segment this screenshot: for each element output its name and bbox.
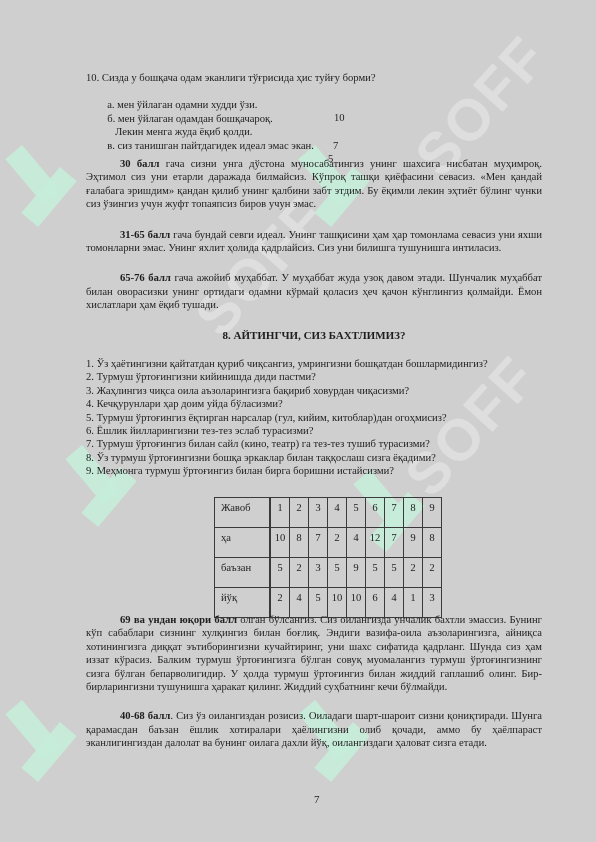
result-score: 30 балл: [120, 159, 159, 170]
column-header-cell: 8: [404, 498, 423, 528]
result-score: 65-76 балл: [120, 273, 171, 284]
answer-option: а. мен ўйлаган одамни худди ўзи. 10: [86, 86, 542, 100]
column-header-cell: 6: [366, 498, 385, 528]
column-header-cell: 7: [385, 498, 404, 528]
page-content-lower: 69 ва ундан юқори балл олган бўлсангиз. …: [86, 614, 542, 751]
value-cell: 5: [385, 558, 404, 588]
question-item: 9. Меҳмонга турмуш ўртоғингиз билан бирг…: [86, 465, 542, 478]
score-table: Жавоб123456789ҳа10872412798баъзан5235955…: [214, 497, 442, 618]
table-row: йўқ24510106413: [215, 588, 442, 618]
column-header-cell: 5: [347, 498, 366, 528]
value-cell: 10: [270, 528, 290, 558]
value-cell: 4: [290, 588, 309, 618]
value-cell: 7: [385, 528, 404, 558]
question-title: 10. Сизда у бошқача одам эканлиги тўғрис…: [86, 72, 542, 86]
value-cell: 2: [270, 588, 290, 618]
row-label-cell: баъзан: [215, 558, 271, 588]
value-cell: 3: [423, 588, 442, 618]
table-row: баъзан523595522: [215, 558, 442, 588]
value-cell: 10: [328, 588, 347, 618]
value-cell: 8: [423, 528, 442, 558]
row-label-cell: йўқ: [215, 588, 271, 618]
option-text: в. сиз танишган пайтдагидек идеал эмас э…: [107, 141, 314, 152]
question-item: 7. Турмуш ўртоғингиз билан сайл (кино, т…: [86, 438, 542, 451]
value-cell: 9: [347, 558, 366, 588]
answer-option: б. мен ўйлаган одамдан бошқачароқ.: [86, 99, 542, 113]
value-cell: 7: [309, 528, 328, 558]
value-cell: 12: [366, 528, 385, 558]
table-header-row: Жавоб123456789: [215, 498, 442, 528]
value-cell: 2: [404, 558, 423, 588]
result-score: 69 ва ундан юқори балл: [120, 615, 237, 626]
column-header-cell: 3: [309, 498, 328, 528]
question-item: 1. Ўз ҳаётингизни қайтатдан қуриб чиқсан…: [86, 358, 542, 371]
option-points: 5: [328, 153, 333, 166]
watermark-logo-icon: [22, 145, 62, 225]
value-cell: 8: [290, 528, 309, 558]
header-label-cell: Жавоб: [215, 498, 271, 528]
value-cell: 5: [309, 588, 328, 618]
value-cell: 3: [309, 558, 328, 588]
result-paragraph: 40-68 балл. Сиз ўз оилангиздан розисиз. …: [86, 710, 542, 750]
question-10: 10. Сизда у бошқача одам эканлиги тўғрис…: [86, 72, 542, 140]
result-paragraph: 31-65 балл гача бундай севги идеал. Унин…: [86, 229, 542, 256]
value-cell: 6: [366, 588, 385, 618]
column-header-cell: 1: [270, 498, 290, 528]
result-score: 40-68 балл: [120, 711, 170, 722]
column-header-cell: 2: [290, 498, 309, 528]
value-cell: 4: [347, 528, 366, 558]
result-paragraph: 69 ва ундан юқори балл олган бўлсангиз. …: [86, 614, 542, 694]
result-score: 31-65 балл: [120, 230, 170, 241]
result-paragraph: 30 балл гача сизни унга дўстона муносаба…: [86, 158, 542, 212]
page-number: 7: [314, 794, 320, 807]
value-cell: 5: [366, 558, 385, 588]
value-cell: 2: [290, 558, 309, 588]
value-cell: 9: [404, 528, 423, 558]
row-label-cell: ҳа: [215, 528, 271, 558]
value-cell: 10: [347, 588, 366, 618]
answer-option: Лекин менга жуда ёқиб қолди. 7: [86, 113, 542, 127]
section-heading: 8. АЙТИНГЧИ, СИЗ БАХТЛИМИЗ?: [86, 330, 542, 343]
value-cell: 2: [423, 558, 442, 588]
value-cell: 5: [270, 558, 290, 588]
question-list: 1. Ўз ҳаётингизни қайтатдан қуриб чиқсан…: [86, 358, 542, 479]
document-page: SOFF SOFF SOFF 10. Сизда у бошқача одам …: [0, 0, 596, 842]
table-row: ҳа10872412798: [215, 528, 442, 558]
question-item: 4. Кечқурунлари ҳар доим уйда бўласизми?: [86, 398, 542, 411]
question-item: 5. Турмуш ўртоғингиз ёқтирган нарсалар (…: [86, 412, 542, 425]
option-points: 7: [333, 140, 338, 153]
question-item: 8. Ўз турмуш ўртоғингизни бошқа эркаклар…: [86, 452, 542, 465]
answer-option: в. сиз танишган пайтдагидек идеал эмас э…: [86, 126, 542, 140]
question-item: 3. Жаҳлингиз чиқса оила аъзоларингизга б…: [86, 385, 542, 398]
column-header-cell: 9: [423, 498, 442, 528]
value-cell: 1: [404, 588, 423, 618]
value-cell: 4: [385, 588, 404, 618]
watermark-logo-icon: [22, 700, 62, 780]
page-content: 10. Сизда у бошқача одам эканлиги тўғрис…: [86, 72, 542, 479]
value-cell: 5: [328, 558, 347, 588]
question-item: 6. Ёшлик йилларингизни тез-тез эслаб тур…: [86, 425, 542, 438]
column-header-cell: 4: [328, 498, 347, 528]
question-item: 2. Турмуш ўртоғингизни кийинишда диди па…: [86, 371, 542, 384]
result-paragraph: 65-76 балл гача ажойиб муҳаббат. У муҳаб…: [86, 272, 542, 312]
value-cell: 2: [328, 528, 347, 558]
result-text: олган бўлсангиз. Сиз оилангизда унчалик …: [86, 615, 542, 693]
